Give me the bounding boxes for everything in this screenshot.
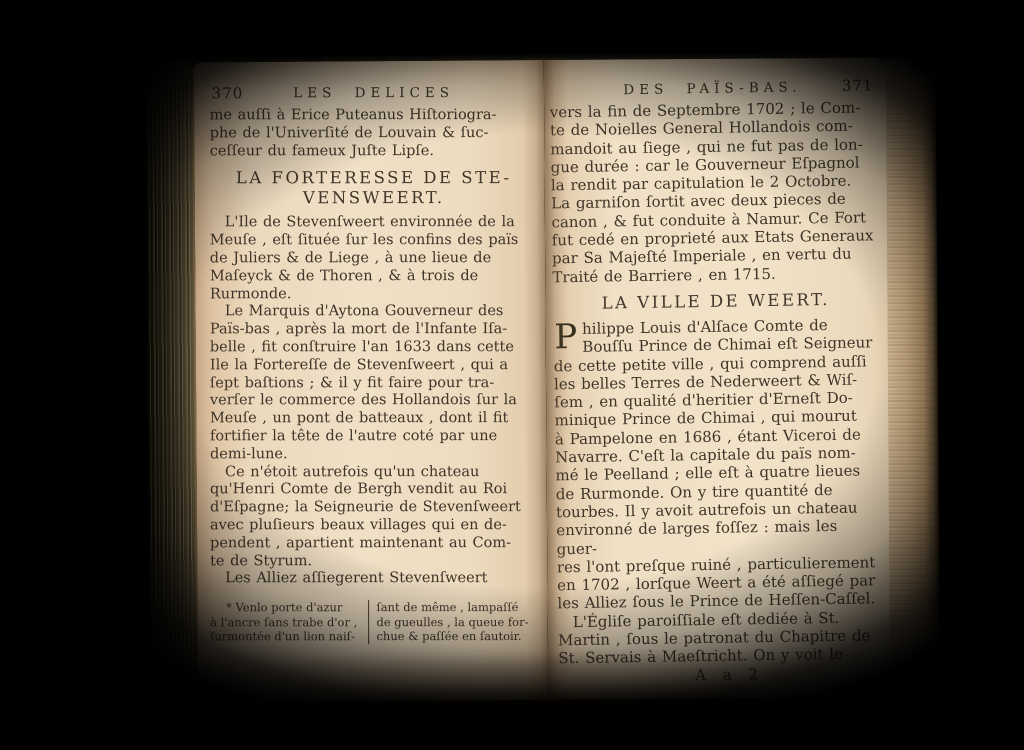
right-running-title: DES PAÏS-BAS. — [623, 79, 801, 98]
left-page-number: 370 — [212, 85, 244, 103]
footnote-column-left: * Venlo porte d'azur à l'ancre ſans trab… — [210, 600, 368, 644]
left-page-text: 370 LES DELICES me auſſi à Erice Puteanu… — [210, 85, 538, 644]
right-page-text: DES PAÏS-BAS. 371 vers la fin de Septemb… — [549, 76, 884, 686]
footnote-column-right: ſant de même , lampaſſé de gueulles , la… — [368, 600, 538, 644]
right-page-number: 371 — [842, 76, 874, 95]
left-running-title: LES DELICES — [293, 85, 454, 101]
paragraph-marquis: Le Marquis d'Aytona Gouverneur des Païs-… — [210, 303, 538, 463]
right-page: DES PAÏS-BAS. 371 vers la fin de Septemb… — [544, 58, 890, 700]
paragraph-continuation-right: vers la fin de Septembre 1702 ; le Com- … — [550, 98, 879, 286]
gutter-shadow — [522, 58, 572, 702]
paragraph-continuation-left: me auſſi à Erice Puteanus Hiſtoriogra- p… — [210, 107, 538, 161]
heading-forteresse: LA FORTERESSE DE STE- VENSWEERT. — [210, 168, 538, 208]
paragraph-weert-lines: hilippe Louis d'Alſace Comte de Bouſſu P… — [554, 316, 876, 613]
heading-ville-de-weert: LA VILLE DE WEERT. — [553, 289, 879, 314]
fore-edge-page-stack — [884, 57, 940, 695]
book-photograph: 370 LES DELICES me auſſi à Erice Puteanu… — [0, 0, 1024, 750]
paragraph-island: L'Ile de Stevenſweert environnée de la M… — [210, 214, 538, 303]
footnote: * Venlo porte d'azur à l'ancre ſans trab… — [210, 600, 538, 644]
open-book: 370 LES DELICES me auſſi à Erice Puteanu… — [146, 51, 941, 708]
left-page: 370 LES DELICES me auſſi à Erice Puteanu… — [194, 60, 548, 702]
bottom-page-curve-shadow — [176, 649, 916, 716]
left-page-header: 370 LES DELICES — [210, 85, 538, 105]
paragraph-weert: Philippe Louis d'Alſace Comte de Bouſſu … — [553, 315, 884, 613]
paragraph-chateau: Ce n'étoit autrefois qu'un chateau qu'He… — [210, 464, 538, 571]
paragraph-alliez: Les Alliez aſſiegerent Stevenſweert — [210, 570, 538, 588]
right-page-header: DES PAÏS-BAS. 371 — [549, 76, 875, 101]
